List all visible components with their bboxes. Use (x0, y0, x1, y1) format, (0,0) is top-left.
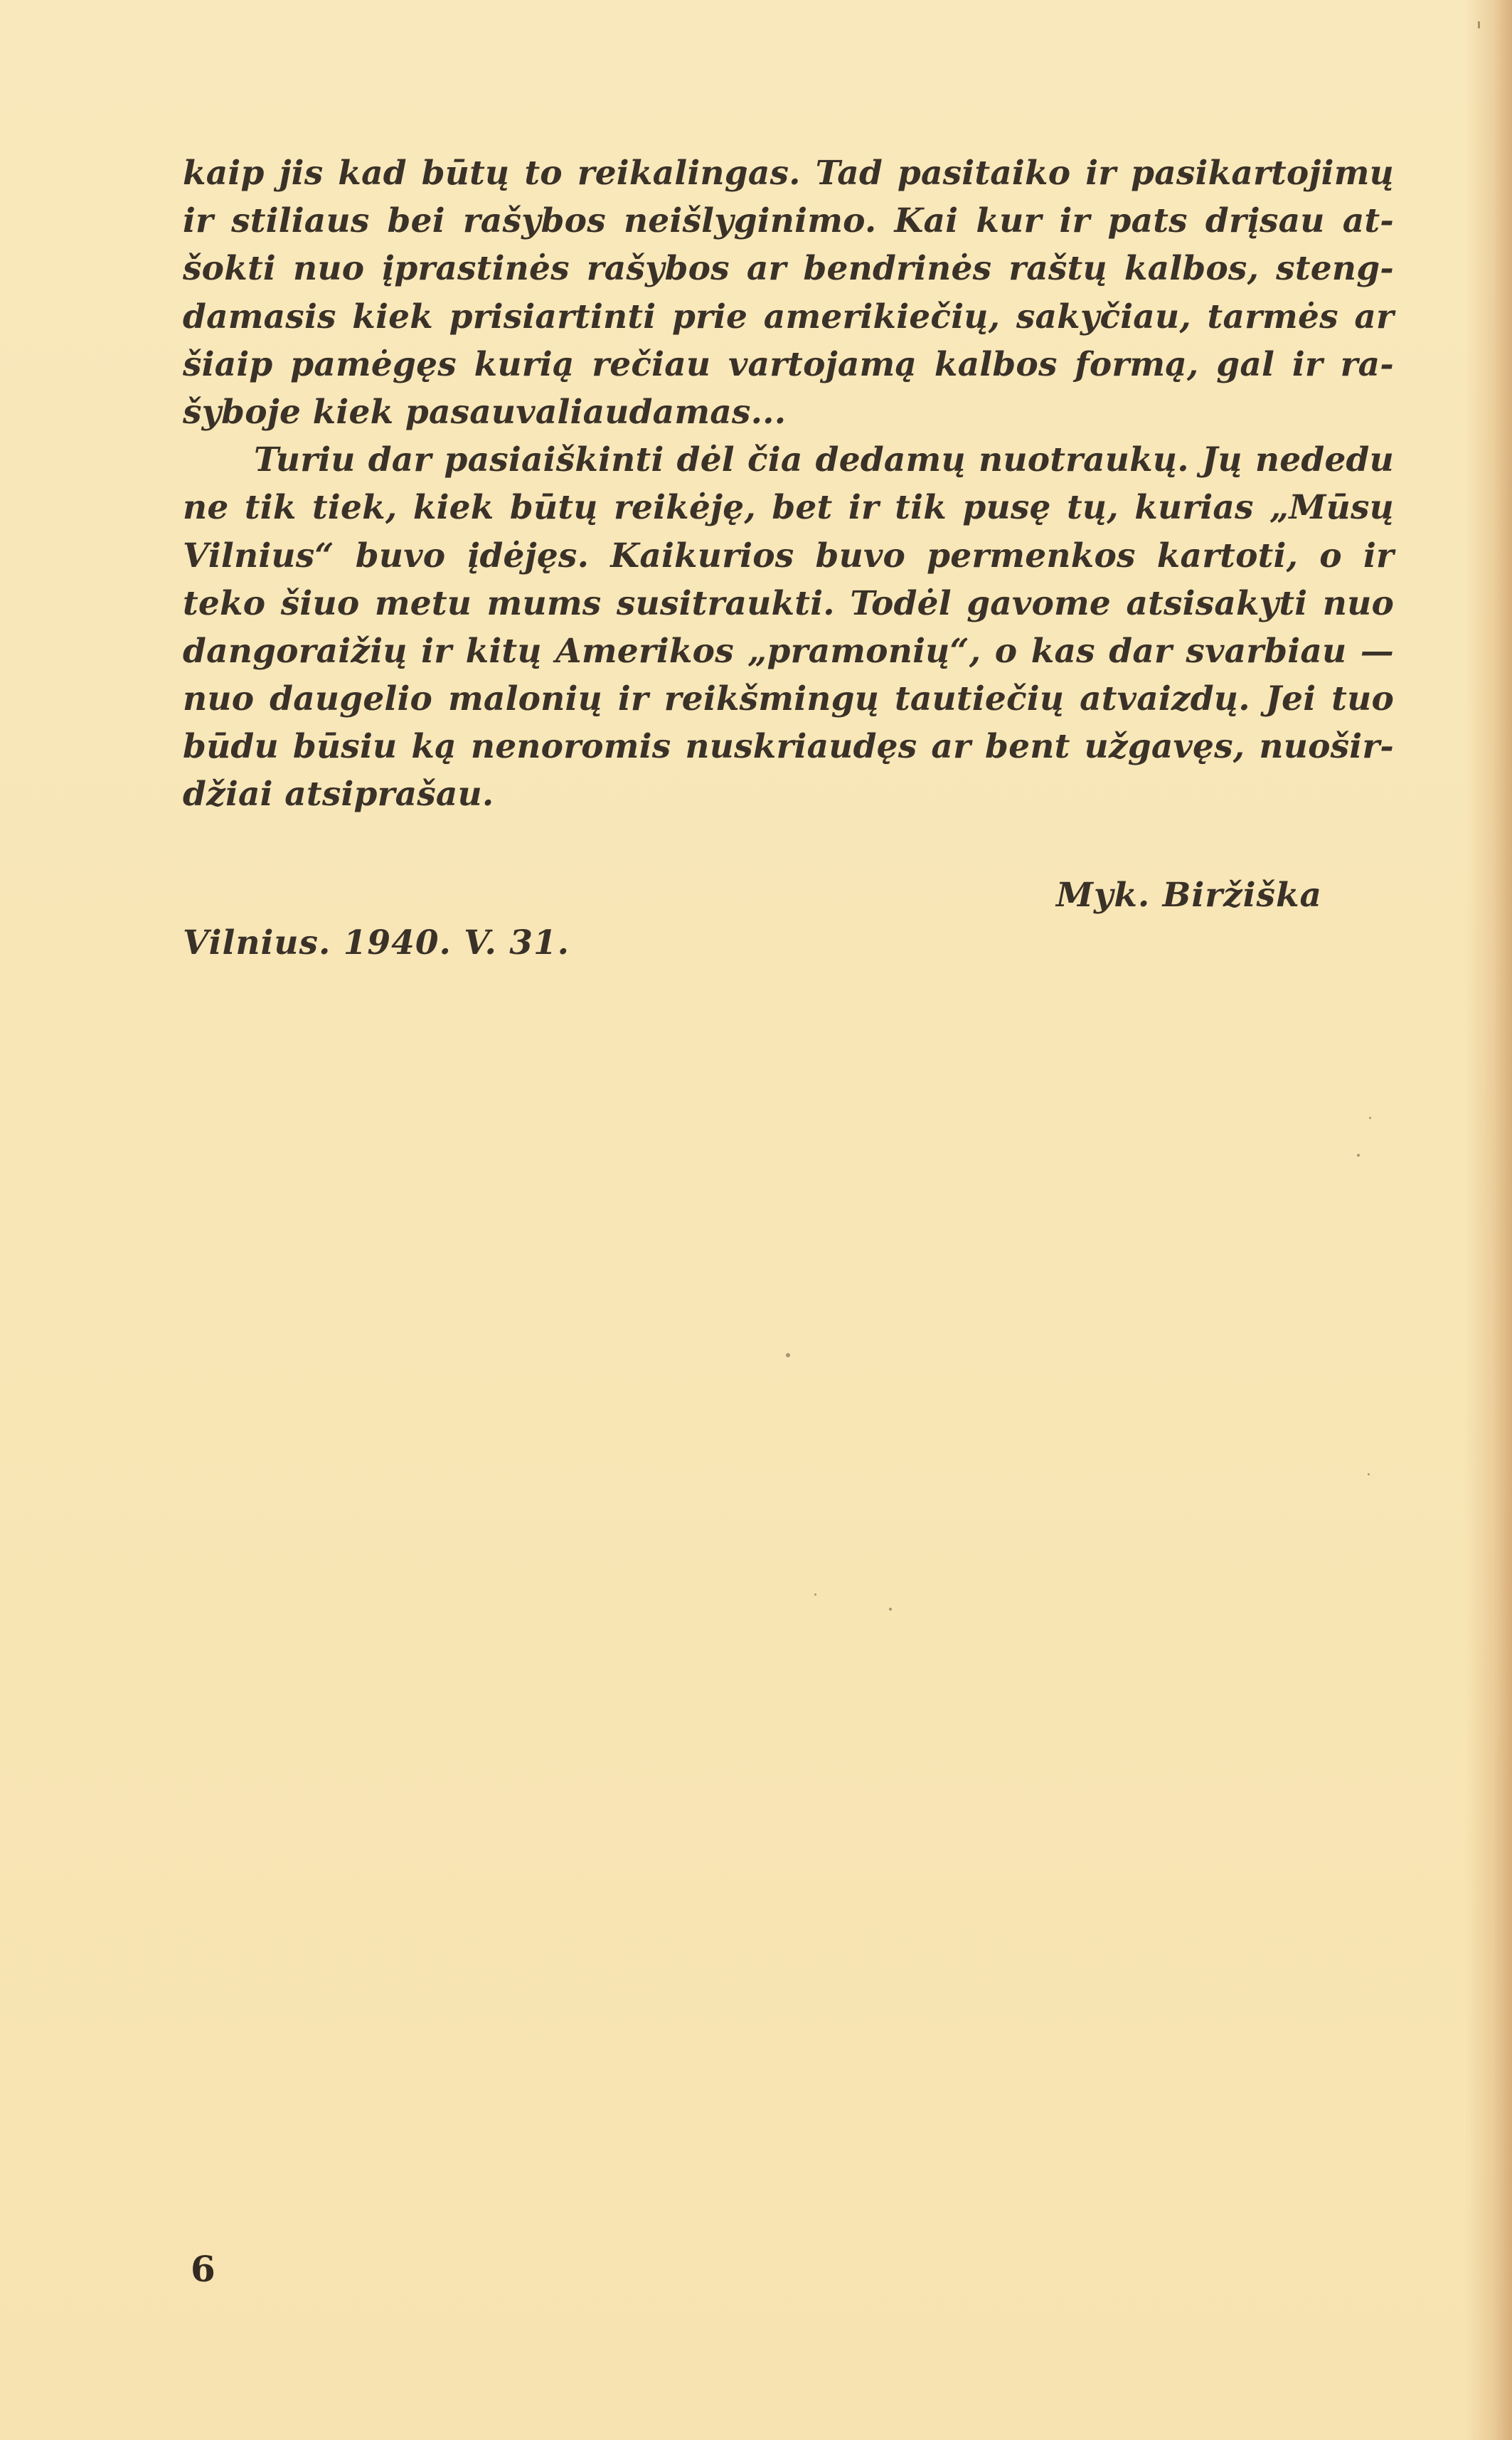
text-line: dangoraižių ir kitų Amerikos „pramonių“,… (183, 627, 1394, 675)
paper-speck (1478, 21, 1480, 28)
paper-speck (814, 1593, 816, 1596)
paper-speck (1368, 1473, 1370, 1475)
paragraph-2: Turiu dar pasiaiškinti dėl čia dedamų nu… (183, 436, 1394, 819)
text-line: teko šiuo metu mums susitraukti. Todėl g… (183, 580, 1394, 627)
paper-speck (786, 1353, 790, 1357)
paper-speck (1369, 1117, 1371, 1119)
book-page: kaip jis kad būtų to reikalingas. Tad pa… (0, 0, 1512, 2440)
text-line: kaip jis kad būtų to reikalingas. Tad pa… (183, 149, 1394, 197)
text-line: ne tik tiek, kiek būtų reikėję, bet ir t… (183, 484, 1394, 531)
text-line: nuo daugelio malonių ir reikšmingų tauti… (183, 675, 1394, 723)
text-line: damasis kiek prisiartinti prie amerikieč… (183, 293, 1394, 341)
text-line: būdu būsiu ką nenoromis nuskriaudęs ar b… (183, 723, 1394, 770)
author-signature: Myk. Biržiška (1056, 871, 1322, 919)
body-text: kaip jis kad būtų to reikalingas. Tad pa… (183, 149, 1394, 819)
text-line: šyboje kiek pasauvaliaudamas... (183, 388, 1394, 436)
text-line: ir stiliaus bei rašybos neišlyginimo. Ka… (183, 197, 1394, 245)
text-line: šokti nuo įprastinės rašybos ar bendrinė… (183, 245, 1394, 292)
place-date-line: Vilnius. 1940. V. 31. (183, 919, 570, 967)
paper-speck (1357, 1154, 1360, 1157)
text-line: Vilnius“ buvo įdėjęs. Kaikurios buvo per… (183, 532, 1394, 580)
page-number: 6 (191, 2248, 215, 2291)
text-line: džiai atsiprašau. (183, 770, 1394, 818)
paragraph-1: kaip jis kad būtų to reikalingas. Tad pa… (183, 149, 1394, 436)
text-line: Turiu dar pasiaiškinti dėl čia dedamų nu… (183, 436, 1394, 484)
text-line: šiaip pamėgęs kurią rečiau vartojamą kal… (183, 341, 1394, 388)
paper-speck (889, 1608, 892, 1611)
